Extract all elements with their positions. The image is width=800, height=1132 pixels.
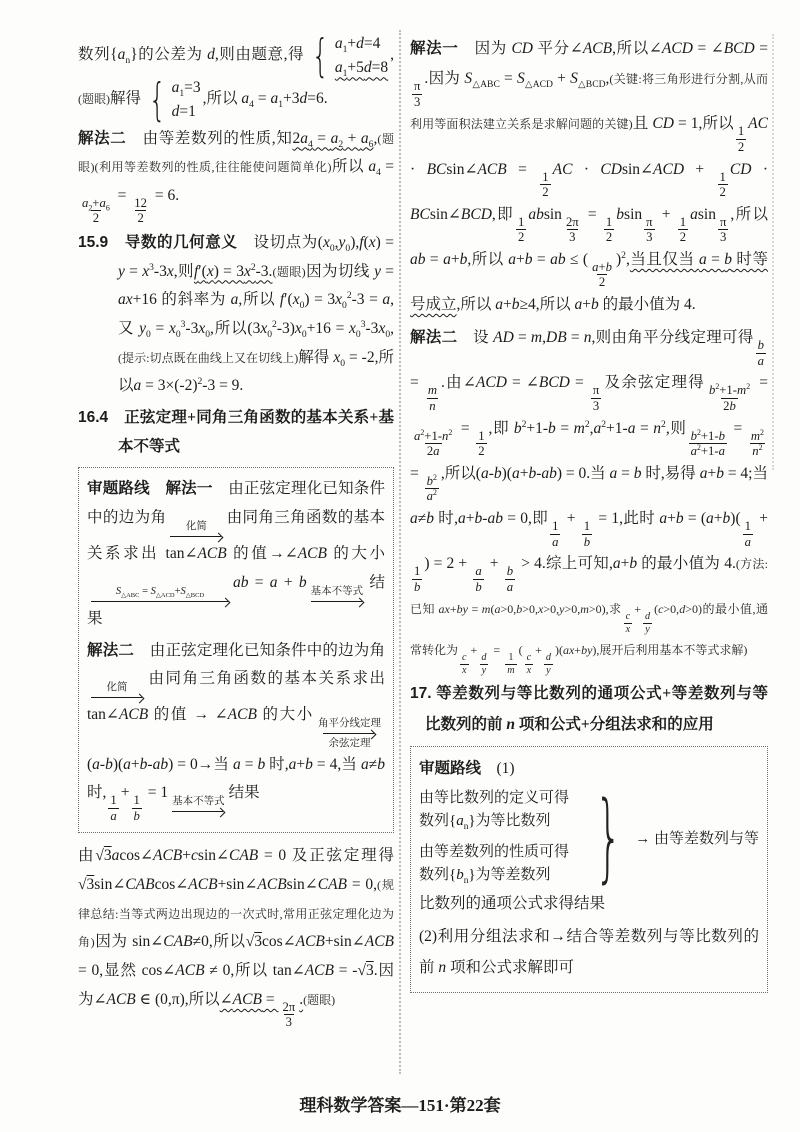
- section-17-title: 等差数列与等比数列的通项公式+等差数列与等比数列的前 n 项和公式+分组法求和的…: [425, 685, 768, 732]
- seq-intro-text: 数列{an}的公差为 d,则由题意,得: [78, 46, 304, 63]
- system1-line2: a1+5d=8: [335, 58, 388, 77]
- route1-solution2: 解法二 由正弦定理化已知条件中的边为角化简由同角三角函数的基本关系求出 tan∠…: [87, 637, 385, 824]
- left-brace-icon: {: [312, 38, 329, 74]
- system2-line2: d=1: [172, 102, 201, 121]
- route2-continuation: 比数列的通项公式求得结果: [419, 889, 759, 919]
- route2-item-b: 由等差数列的性质可得数列{bn}为等差数列: [419, 841, 578, 888]
- section-number: 16.4: [78, 409, 108, 426]
- section-16-4-heading: 16.4 正弦定理+同角三角函数的基本关系+基本不等式: [78, 404, 394, 461]
- page-edge-line: [772, 34, 774, 470]
- page-footer: 理科数学答案—151·第22套: [0, 1091, 800, 1116]
- paragraph-method2: 解法二 由等差数列的性质,知2a4 = a2 + a6,(题眼)(利用等差数列的…: [78, 125, 394, 227]
- route1-solution1: 审题路线 解法一 由正弦定理化已知条件中的边为角化简由同角三角函数的基本关系求出…: [87, 475, 385, 633]
- route-box-1: 审题路线 解法一 由正弦定理化已知条件中的边为角化简由同角三角函数的基本关系求出…: [78, 467, 394, 833]
- scanned-answer-page: 数列{an}的公差为 d,则由题意,得{a1+d=4a1+5d=8,(题眼)解得…: [0, 0, 800, 1132]
- system2-line1: a1=3: [172, 78, 201, 97]
- route2-arrow-text: → 由等差数列与等: [635, 827, 759, 848]
- section-17-heading: 17. 等差数列与等比数列的通项公式+等差数列与等比数列的前 n 项和公式+分组…: [410, 679, 768, 739]
- route2-item-a: 由等比数列的定义可得数列{an}为等比数列: [419, 787, 578, 834]
- equation-system-2: {a1=3d=1: [143, 78, 201, 122]
- route2-title: 审题路线: [419, 760, 481, 777]
- solution1-paragraph: 解法一 因为 CD 平分∠ACB,所以∠ACD = ∠BCD = π3.因为 S…: [410, 34, 768, 320]
- left-column: 数列{an}的公差为 d,则由题意,得{a1+d=4a1+5d=8,(题眼)解得…: [78, 34, 394, 1033]
- left-brace-icon: {: [149, 82, 166, 118]
- section-16-4-title: 正弦定理+同角三角函数的基本关系+基本不等式: [118, 409, 394, 455]
- equation-system-1: {a1+d=4a1+5d=8: [306, 34, 388, 78]
- solution2-paragraph: 解法二 设 AD = m,DB = n,则由角平分线定理可得ba = mn.由∠…: [410, 323, 768, 676]
- section-number: 17.: [410, 685, 432, 702]
- route-box-2: 审题路线 (1) 由等比数列的定义可得数列{an}为等比数列 由等差数列的性质可…: [410, 746, 768, 993]
- system1-line1: a1+d=4: [335, 34, 388, 53]
- route2-part1-label: (1): [481, 760, 515, 777]
- route2-part2: (2)利用分组法求和→结合等差数列与等比数列的前 n 项和公式求解即可: [419, 922, 759, 982]
- section-15-9-body: 导数的几何意义 设切点为(x0,y0),f(x) = y = x3-3x,则f′…: [118, 234, 394, 394]
- paragraph-arith-sequence: 数列{an}的公差为 d,则由题意,得{a1+d=4a1+5d=8,(题眼)解得…: [78, 34, 394, 122]
- section-number: 15.9: [78, 234, 108, 251]
- brace-group: 由等比数列的定义可得数列{an}为等比数列 由等差数列的性质可得数列{bn}为等…: [419, 787, 759, 887]
- paragraph-sine-rule-final: 由√3acos∠ACB+csin∠CAB = 0 及正弦定理得√3sin∠CAB…: [78, 842, 394, 1030]
- seq-tail-text: ,所以 a4 = a1+3d=6.: [203, 90, 328, 107]
- right-column: 解法一 因为 CD 平分∠ACB,所以∠ACD = ∠BCD = π3.因为 S…: [410, 34, 768, 1002]
- right-brace-icon: }: [595, 799, 622, 876]
- section-15-9: 15.9 导数的几何意义 设切点为(x0,y0),f(x) = y = x3-3…: [78, 229, 394, 401]
- route2-title-line: 审题路线 (1): [419, 754, 759, 784]
- column-divider: [399, 30, 401, 1074]
